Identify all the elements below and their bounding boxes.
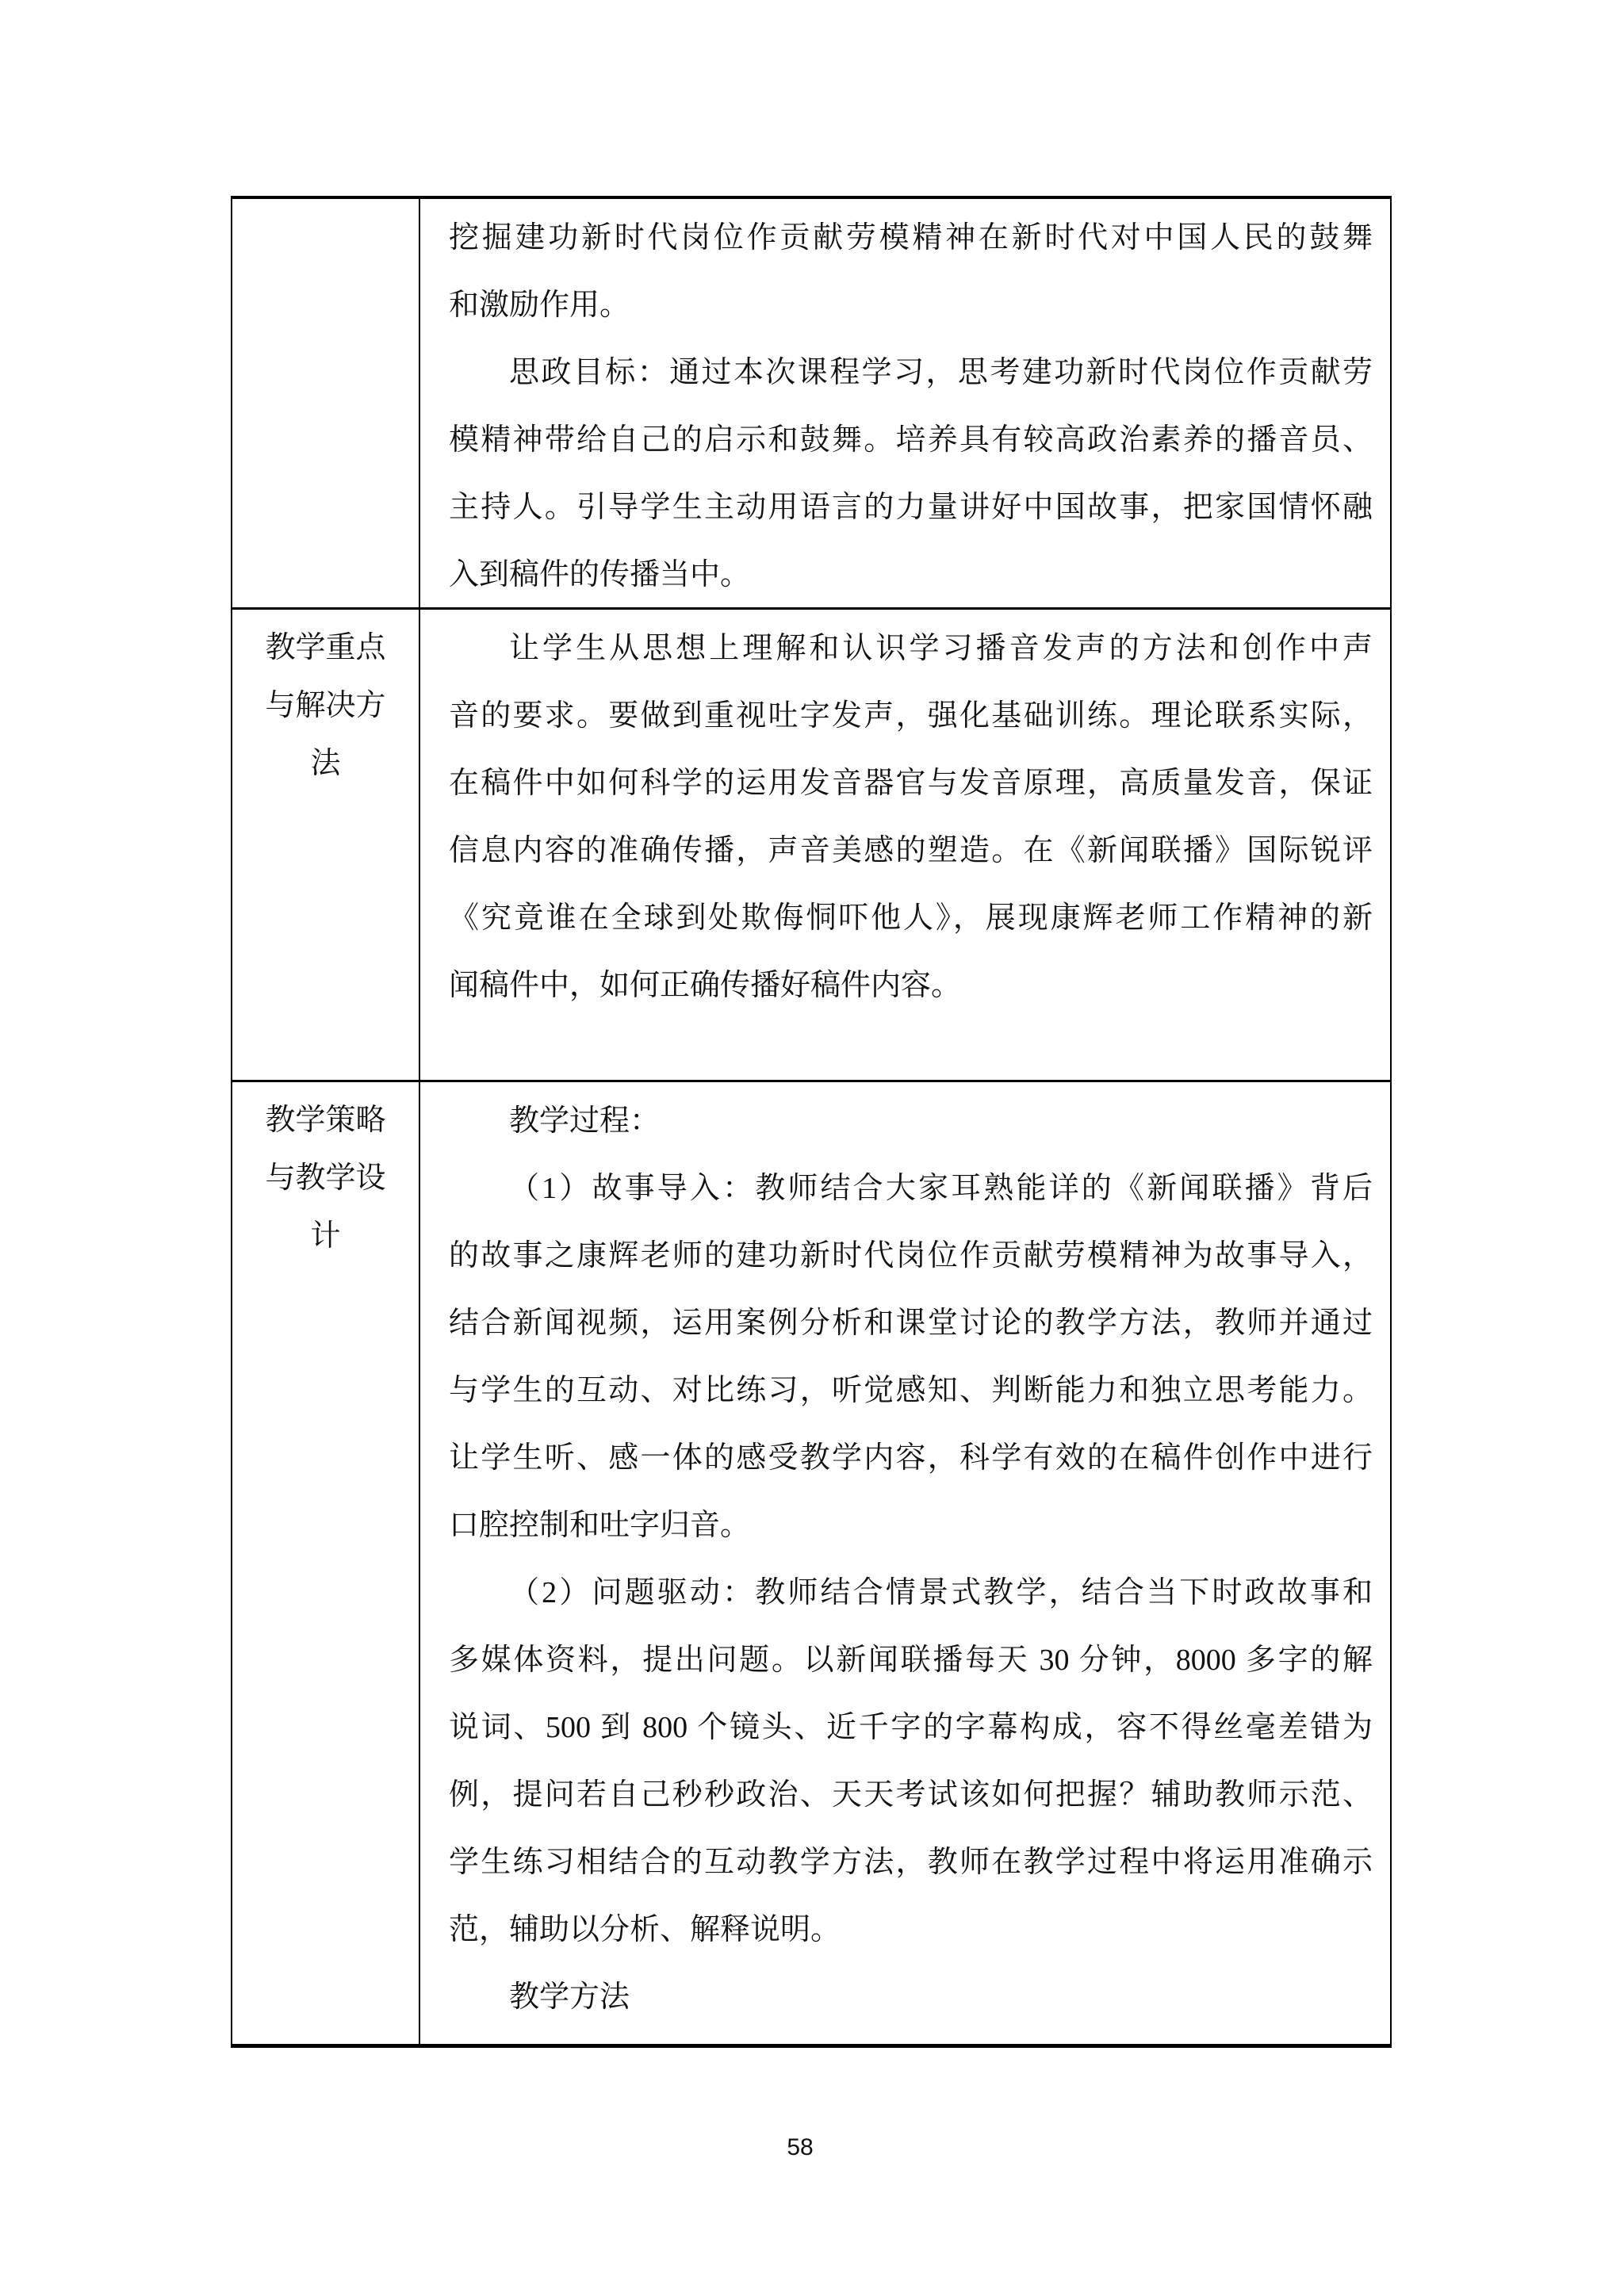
header-line: 与解决方 [232, 677, 419, 735]
row-header-cell-empty [232, 199, 420, 607]
text-line: 多媒体资料，提出问题。以新闻联播每天 30 分钟，8000 多字的解 [449, 1627, 1373, 1694]
text-line: 结合新闻视频，运用案例分析和课堂讨论的教学方法，教师并通过 [449, 1290, 1373, 1357]
text-line: 例，提问若自己秒秒政治、天天考试该如何把握？辅助教师示范、 [449, 1762, 1373, 1829]
text-line: 音的要求。要做到重视吐字发声，强化基础训练。理论联系实际， [449, 683, 1373, 750]
text-line: 信息内容的准确传播，声音美感的塑造。在《新闻联播》国际锐评 [449, 817, 1373, 885]
document-page: { "page": { "number": "58" }, "table": {… [0, 0, 1624, 2296]
text-line: 教学过程： [449, 1088, 1373, 1155]
text-line: 思政目标：通过本次课程学习，思考建功新时代岗位作贡献劳 [449, 339, 1373, 407]
text-line: 让学生从思想上理解和认识学习播音发声的方法和创作中声 [449, 615, 1373, 683]
row-content-cell-strategy: 教学过程：（1）故事导入：教师结合大家耳熟能详的《新闻联播》背后的故事之康辉老师… [420, 1082, 1390, 2044]
text-line: 说词、500 到 800 个镜头、近千字的字幕构成，容不得丝毫差错为 [449, 1694, 1373, 1762]
text-line: 主持人。引导学生主动用语言的力量讲好中国故事，把家国情怀融 [449, 474, 1373, 541]
text-line: 挖掘建功新时代岗位作贡献劳模精神在新时代对中国人民的鼓舞 [449, 205, 1373, 272]
text-line: 让学生听、感一体的感受教学内容，科学有效的在稿件创作中进行 [449, 1425, 1373, 1492]
row-header-cell-key-points: 教学重点与解决方法 [232, 610, 420, 1080]
lesson-plan-table: 挖掘建功新时代岗位作贡献劳模精神在新时代对中国人民的鼓舞和激励作用。思政目标：通… [231, 196, 1392, 2048]
text-line: 范，辅助以分析、解释说明。 [449, 1896, 1373, 1964]
row-header-cell-strategy: 教学策略与教学设计 [232, 1082, 420, 2044]
header-line: 计 [232, 1207, 419, 1265]
header-line: 教学重点 [232, 619, 419, 677]
text-line: 和激励作用。 [449, 272, 1373, 339]
text-line: 与学生的互动、对比练习，听觉感知、判断能力和独立思考能力。 [449, 1357, 1373, 1425]
table-row-goals-continued: 挖掘建功新时代岗位作贡献劳模精神在新时代对中国人民的鼓舞和激励作用。思政目标：通… [232, 199, 1390, 610]
row-content-cell-key-points: 让学生从思想上理解和认识学习播音发声的方法和创作中声音的要求。要做到重视吐字发声… [420, 610, 1390, 1080]
text-line: 入到稿件的传播当中。 [449, 541, 1373, 607]
header-line: 法 [232, 735, 419, 793]
text-line: 闻稿件中，如何正确传播好稿件内容。 [449, 952, 1373, 1020]
page-number: 58 [0, 2134, 1600, 2161]
text-line: 的故事之康辉老师的建功新时代岗位作贡献劳模精神为故事导入， [449, 1223, 1373, 1290]
header-line: 教学策略 [232, 1092, 419, 1150]
text-line: 模精神带给自己的启示和鼓舞。培养具有较高政治素养的播音员、 [449, 407, 1373, 474]
header-line: 与教学设 [232, 1150, 419, 1207]
table-row-key-points: 教学重点与解决方法 让学生从思想上理解和认识学习播音发声的方法和创作中声音的要求… [232, 610, 1390, 1082]
text-line: （2）问题驱动：教师结合情景式教学，结合当下时政故事和 [449, 1559, 1373, 1627]
table-row-strategy-design: 教学策略与教学设计 教学过程：（1）故事导入：教师结合大家耳熟能详的《新闻联播》… [232, 1082, 1390, 2046]
text-line: 学生练习相结合的互动教学方法，教师在教学过程中将运用准确示 [449, 1829, 1373, 1896]
text-line: 在稿件中如何科学的运用发音器官与发音原理，高质量发音，保证 [449, 750, 1373, 817]
text-line: 口腔控制和吐字归音。 [449, 1492, 1373, 1559]
text-line: 教学方法 [449, 1964, 1373, 2031]
text-line: 《究竟谁在全球到处欺侮恫吓他人》，展现康辉老师工作精神的新 [449, 885, 1373, 952]
row-content-cell-goals: 挖掘建功新时代岗位作贡献劳模精神在新时代对中国人民的鼓舞和激励作用。思政目标：通… [420, 199, 1390, 607]
text-line: （1）故事导入：教师结合大家耳熟能详的《新闻联播》背后 [449, 1155, 1373, 1223]
